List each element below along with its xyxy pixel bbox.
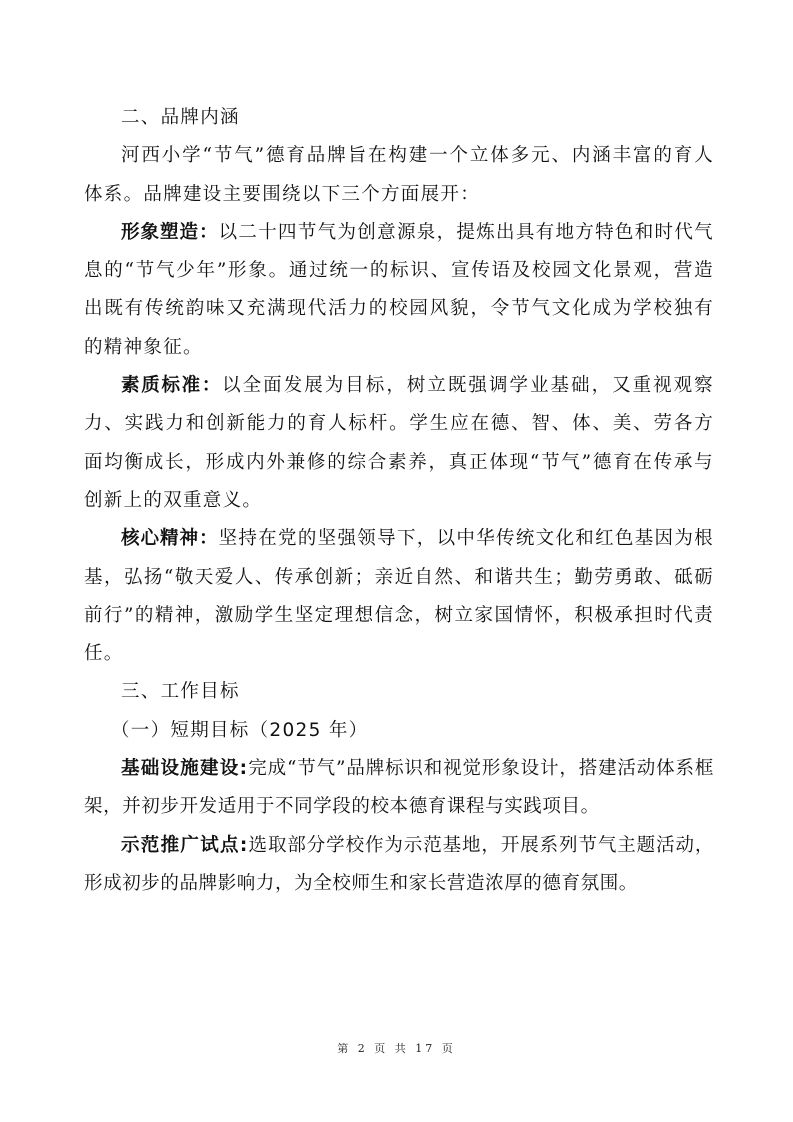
section-heading-work-goals: 三、工作目标 <box>84 673 714 711</box>
paragraph-core-spirit: 核心精神：坚持在党的坚强领导下，以中华传统文化和红色基因为根基，弘扬“敬天爱人、… <box>84 520 714 673</box>
paragraph-infrastructure: 基础设施建设:完成“节气”品牌标识和视觉形象设计，搭建活动体系框架，并初步开发适… <box>84 750 714 827</box>
subheading-short-term-goals: （一）短期目标（2025 年） <box>84 712 714 750</box>
section-heading-brand-connotation: 二、品牌内涵 <box>84 99 714 137</box>
page-number-footer: 第 2 页 共 17 页 <box>0 1040 793 1056</box>
paragraph-pilot-promotion: 示范推广试点:选取部分学校作为示范基地，开展系列节气主题活动，形成初步的品牌影响… <box>84 827 714 904</box>
label-core-spirit: 核心精神： <box>121 528 219 549</box>
brand-intro-paragraph: 河西小学“节气”德育品牌旨在构建一个立体多元、内涵丰富的育人体系。品牌建设主要围… <box>84 137 714 214</box>
label-infrastructure: 基础设施建设: <box>121 758 248 779</box>
document-page: 二、品牌内涵 河西小学“节气”德育品牌旨在构建一个立体多元、内涵丰富的育人体系。… <box>84 99 714 903</box>
label-image-building: 形象塑造： <box>121 222 219 243</box>
paragraph-quality-standard: 素质标准：以全面发展为目标，树立既强调学业基础，又重视观察力、实践力和创新能力的… <box>84 367 714 520</box>
label-quality-standard: 素质标准： <box>121 375 222 396</box>
label-pilot-promotion: 示范推广试点: <box>121 835 248 856</box>
paragraph-image-building: 形象塑造：以二十四节气为创意源泉，提炼出具有地方特色和时代气息的“节气少年”形象… <box>84 214 714 367</box>
